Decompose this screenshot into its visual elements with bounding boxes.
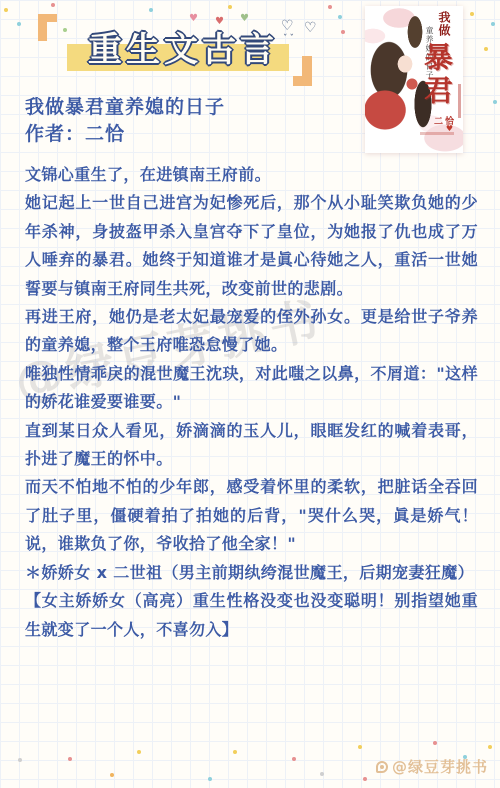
cover-imprint-line [420, 132, 454, 135]
decorative-dot [484, 47, 488, 51]
decorative-dot [470, 12, 474, 16]
cover-title-prefix: 我做 [436, 11, 453, 37]
decorative-dot [18, 758, 22, 762]
decorative-dot [233, 750, 237, 754]
book-cover: 我做 童养媳的日子 暴君 ♥ 二恰 [365, 6, 463, 153]
decorative-dot [68, 757, 72, 761]
decorative-dot [493, 100, 497, 104]
decorative-dot [358, 745, 362, 749]
body-paragraphs: 文锦心重生了，在进镇南王府前。她记起上一世自己进宫为妃惨死后，那个从小耻笑欺负她… [25, 161, 478, 644]
decorative-dot [4, 8, 8, 12]
author-line: 作者：二恰 [25, 119, 125, 146]
heart-outline-icon: ♡ [304, 21, 317, 35]
sprout-logo-icon [376, 761, 388, 773]
decorative-dot [363, 777, 367, 781]
heart-icon: ♥ [189, 14, 198, 24]
decorative-dot [488, 745, 492, 749]
heart-icon: ♥ [215, 17, 224, 27]
decorative-dot [110, 773, 114, 777]
corner-bracket-bottom-right [293, 56, 312, 86]
paragraph: 她记起上一世自己进宫为妃惨死后，那个从小耻笑欺负她的少年杀神，身披盔甲杀入皇宫夺… [25, 189, 478, 303]
decorative-dot [320, 772, 324, 776]
decorative-dot [491, 22, 495, 26]
decorative-dot [51, 3, 55, 7]
decorative-dot [338, 15, 342, 19]
decorative-dot [341, 30, 345, 34]
cover-title-main: 暴君 [417, 42, 458, 108]
book-recommendation-card: 重生文古言 ♥ ♥ ♥ ♡ ♡ ˇˇ 我做暴君童养媳的日子 作者：二恰 我做 童… [0, 0, 500, 788]
decorative-dot [292, 757, 296, 761]
paragraph: 【女主娇娇女（高亮）重生性格没变也没变聪明！别指望她重生就变了一个人，不喜勿入】 [25, 587, 478, 644]
corner-watermark-text: @绿豆芽挑书 [392, 756, 488, 777]
paragraph: ＊娇娇女 x 二世祖（男主前期纨绔混世魔王，后期宠妻狂魔） [25, 559, 478, 587]
paragraph: 直到某日众人看见，娇滴滴的玉人儿，眼眶发红的喊着表哥，扑进了魔王的怀中。 [25, 417, 478, 474]
decorative-dot [63, 28, 67, 32]
corner-bracket-top-left [38, 14, 57, 41]
decorative-dot [433, 741, 437, 745]
tick-marks-decoration: ˇˇ [283, 34, 296, 44]
paragraph: 文锦心重生了，在进镇南王府前。 [25, 161, 478, 189]
book-title: 我做暴君童养媳的日子 [25, 92, 225, 119]
cover-seal-decoration [458, 84, 461, 118]
heart-outline-icon: ♡ [281, 19, 294, 33]
decorative-dot [328, 5, 332, 9]
decorative-dot [228, 5, 232, 9]
cover-author: 二恰 [434, 114, 456, 127]
paragraph: 唯独性情乖戾的混世魔王沈玦，对此嗤之以鼻，不屑道："这样的娇花谁爱要谁要。" [25, 360, 478, 417]
paragraph: 而天不怕地不怕的少年郎，感受着怀里的柔软，把脏话全吞回了肚子里，僵硬着拍了拍她的… [25, 473, 478, 558]
page-title: 重生文古言 [88, 22, 288, 71]
decorative-dot [137, 750, 141, 754]
corner-watermark: @绿豆芽挑书 [376, 756, 488, 777]
heart-icon: ♥ [240, 14, 249, 24]
decorative-dot [17, 22, 21, 26]
decorative-dot [208, 777, 212, 781]
decorative-dot [149, 8, 153, 12]
paragraph: 再进王府，她仍是老太妃最宠爱的侄外孙女。更是给世子爷养的童养媳，整个王府唯恐怠慢… [25, 303, 478, 360]
